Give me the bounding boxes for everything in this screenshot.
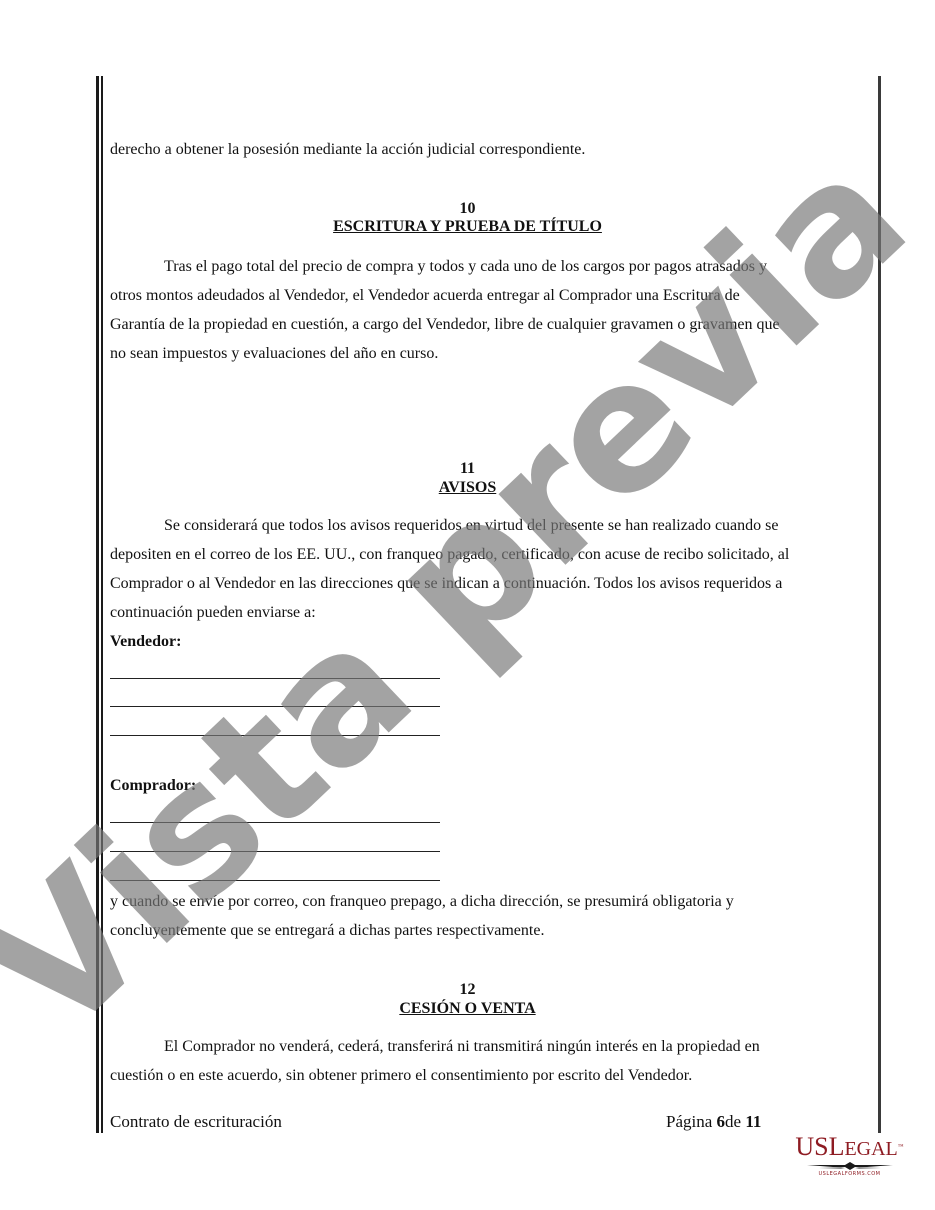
section-12-title: CESIÓN O VENTA (110, 999, 825, 1018)
page-total: 11 (745, 1112, 761, 1131)
paragraph-line: continuación pueden enviarse a: (110, 598, 840, 627)
paragraph-line: no sean impuestos y evaluaciones del año… (110, 339, 840, 368)
page-current: 6 (717, 1112, 726, 1131)
page-border-left-outer (96, 76, 99, 1133)
seller-address-line-3[interactable] (110, 735, 440, 736)
section-10-number: 10 (110, 199, 825, 218)
section-10-body: Tras el pago total del precio de compra … (110, 252, 840, 368)
page-border-left-inner (101, 76, 103, 1133)
opening-line: derecho a obtener la posesión mediante l… (110, 135, 585, 164)
paragraph-line: cuestión o en este acuerdo, sin obtener … (110, 1061, 840, 1090)
logo-url: USLEGALFORMS.COM (792, 1171, 907, 1177)
page-border-right (878, 76, 881, 1133)
buyer-address-line-1[interactable] (110, 822, 440, 823)
footer-document-title: Contrato de escrituración (110, 1112, 282, 1132)
seller-label: Vendedor: (110, 633, 181, 651)
page-prefix: Página (666, 1112, 717, 1131)
section-12-number: 12 (110, 980, 825, 999)
paragraph-line: depositen en el correo de los EE. UU., c… (110, 540, 840, 569)
buyer-address-line-2[interactable] (110, 851, 440, 852)
footer-page-number: Página 6de 11 (666, 1112, 761, 1132)
eagle-wings-icon (805, 1162, 895, 1170)
buyer-label: Comprador: (110, 777, 196, 795)
paragraph-line: El Comprador no venderá, cederá, transfe… (110, 1032, 840, 1061)
section-10-title: ESCRITURA Y PRUEBA DE TÍTULO (110, 217, 825, 236)
paragraph-line: y cuando se envíe por correo, con franqu… (110, 887, 840, 916)
section-11-body: Se considerará que todos los avisos requ… (110, 511, 840, 627)
seller-address-line-1[interactable] (110, 678, 440, 679)
section-11-closing: y cuando se envíe por correo, con franqu… (110, 887, 840, 945)
paragraph-line: Comprador o al Vendedor en las direccion… (110, 569, 840, 598)
logo-wordmark: USLEGAL™ (792, 1135, 907, 1161)
buyer-address-line-3[interactable] (110, 880, 440, 881)
uslegal-logo[interactable]: USLEGAL™ USLEGALFORMS.COM (792, 1135, 907, 1177)
section-11-title: AVISOS (110, 478, 825, 497)
paragraph-line: Se considerará que todos los avisos requ… (110, 511, 840, 540)
paragraph-line: concluyentemente que se entregará a dich… (110, 916, 840, 945)
page-of: de (725, 1112, 745, 1131)
section-11-number: 11 (110, 459, 825, 478)
seller-address-line-2[interactable] (110, 706, 440, 707)
paragraph-line: Garantía de la propiedad en cuestión, a … (110, 310, 840, 339)
section-12-body: El Comprador no venderá, cederá, transfe… (110, 1032, 840, 1090)
paragraph-line: Tras el pago total del precio de compra … (110, 252, 840, 281)
paragraph-line: otros montos adeudados al Vendedor, el V… (110, 281, 840, 310)
